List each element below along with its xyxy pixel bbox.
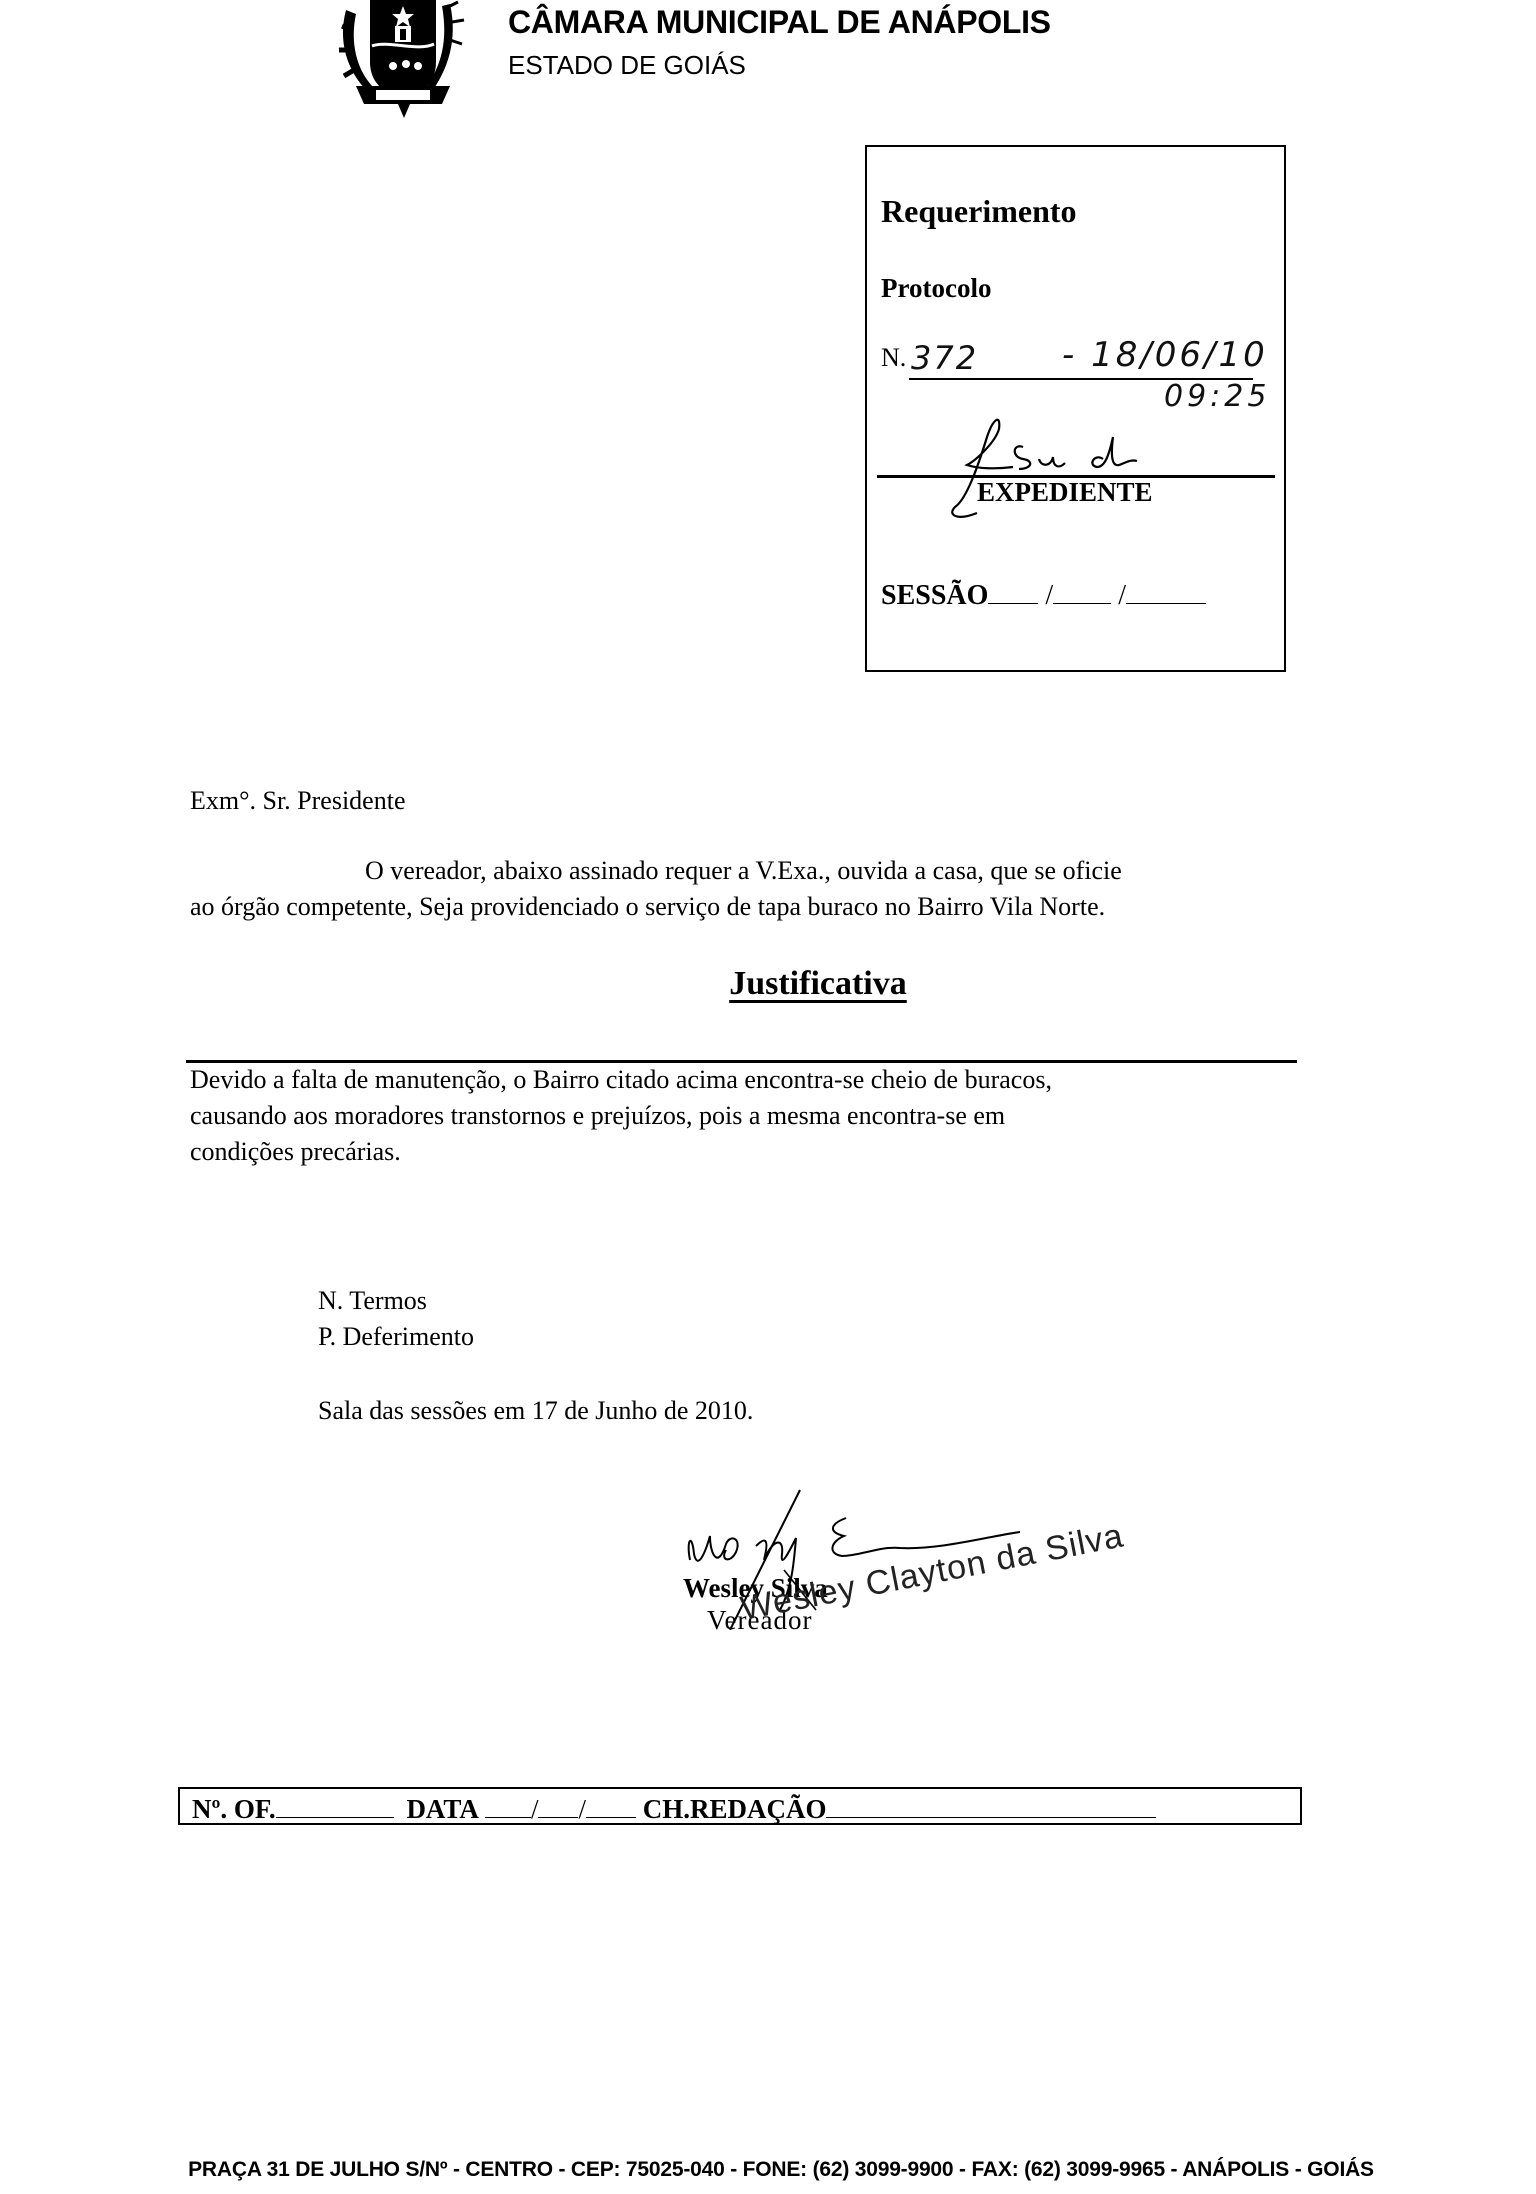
place-date: Sala das sessões em 17 de Junho de 2010. — [318, 1393, 753, 1429]
coat-of-arms-icon — [338, 0, 468, 118]
protocol-number-value: 372 — [911, 339, 978, 377]
sessao-year-blank — [1126, 575, 1206, 604]
justification-line: causando aos moradores transtornos e pre… — [190, 1098, 1052, 1134]
office-date-separator: / — [578, 1794, 586, 1824]
closing-line-2: P. Deferimento — [318, 1319, 474, 1355]
office-control-row: Nº. OF. DATA// CH.REDAÇÃO — [192, 1790, 1156, 1825]
sessao-month-blank — [1053, 575, 1111, 604]
office-redacao-label: CH.REDAÇÃO — [643, 1794, 827, 1824]
org-name: CÂMARA MUNICIPAL DE ANÁPOLIS — [508, 4, 1051, 41]
closing-formula: N. Termos P. Deferimento — [318, 1283, 474, 1355]
office-year-blank — [586, 1790, 636, 1818]
justification-title: Justificativa — [0, 965, 1536, 1003]
justification-line: condições precárias. — [190, 1134, 1052, 1170]
request-line-1: O vereador, abaixo assinado requer a V.E… — [190, 853, 1122, 889]
protocol-number-label: N. — [881, 343, 906, 373]
office-number-label: Nº. OF. — [192, 1794, 276, 1824]
justification-text: Devido a falta de manutenção, o Bairro c… — [190, 1062, 1052, 1170]
office-date-label: DATA — [406, 1794, 479, 1824]
footer-address: PRAÇA 31 DE JULHO S/Nº - CENTRO - CEP: 7… — [0, 2158, 1536, 2182]
protocol-date-value: - 18/06/10 — [1062, 335, 1268, 375]
office-date-separator: / — [531, 1794, 539, 1824]
office-control-box: Nº. OF. DATA// CH.REDAÇÃO — [178, 1787, 1302, 1825]
protocol-box-title: Requerimento — [881, 193, 1077, 230]
office-redacao-blank — [826, 1790, 1156, 1818]
sessao-label: SESSÃO — [881, 580, 988, 611]
closing-line-1: N. Termos — [318, 1283, 474, 1319]
request-line-2: ao órgão competente, Seja providenciado … — [190, 889, 1122, 925]
office-number-blank — [276, 1790, 394, 1818]
sessao-separator: / — [1045, 580, 1053, 611]
request-paragraph: O vereador, abaixo assinado requer a V.E… — [190, 853, 1122, 925]
protocol-label: Protocolo — [881, 273, 991, 304]
salutation: Exm°. Sr. Presidente — [190, 783, 406, 819]
org-state: ESTADO DE GOIÁS — [508, 50, 746, 81]
expediente-label: EXPEDIENTE — [977, 477, 1153, 508]
protocol-stamp-box: Requerimento Protocolo N. 372 - 18/06/10… — [865, 145, 1286, 672]
sessao-separator: / — [1118, 580, 1126, 611]
justification-line: Devido a falta de manutenção, o Bairro c… — [190, 1062, 1052, 1098]
office-day-blank — [485, 1790, 531, 1818]
number-label: N. — [881, 343, 906, 372]
sessao-day-blank — [988, 575, 1038, 604]
sessao-field: SESSÃO / / — [881, 575, 1206, 612]
office-month-blank — [538, 1790, 578, 1818]
